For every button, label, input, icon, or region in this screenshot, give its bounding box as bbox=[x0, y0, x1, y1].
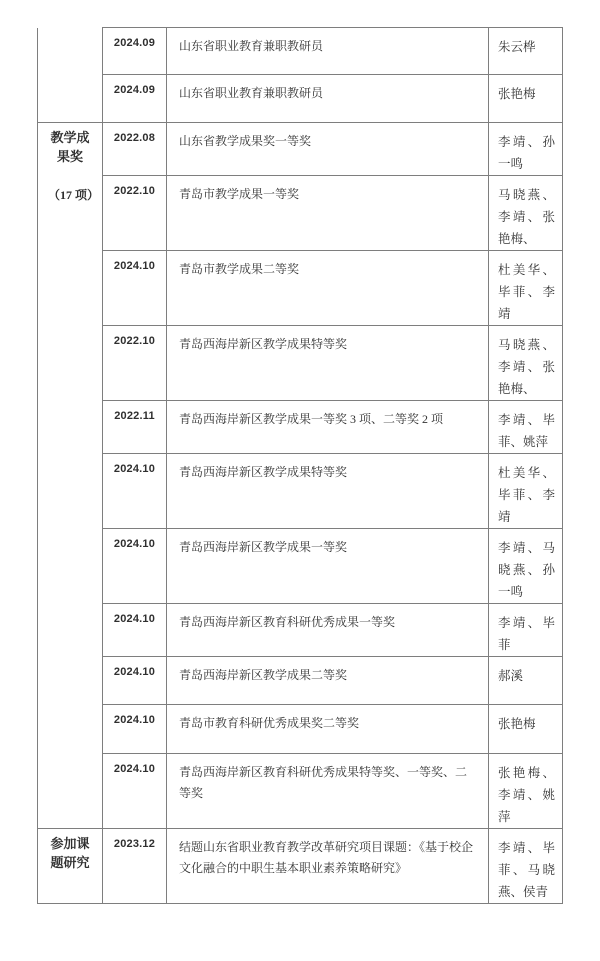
names-cell: 杜美华、毕菲、李靖 bbox=[489, 454, 563, 529]
table-row: 2024.10青岛市教育科研优秀成果奖二等奖张艳梅 bbox=[38, 705, 563, 754]
date-cell: 2024.10 bbox=[103, 657, 167, 705]
names-cell: 李靖、马晓燕、孙一鸣 bbox=[489, 529, 563, 604]
names-cell: 张艳梅 bbox=[489, 705, 563, 754]
description-cell: 青岛西海岸新区教学成果特等奖 bbox=[167, 326, 489, 401]
table-row: 2024.10青岛西海岸新区教学成果特等奖杜美华、毕菲、李靖 bbox=[38, 454, 563, 529]
description-cell: 青岛西海岸新区教学成果二等奖 bbox=[167, 657, 489, 705]
table-row: 2024.10青岛西海岸新区教育科研优秀成果特等奖、一等奖、二等奖张艳梅、李靖、… bbox=[38, 754, 563, 829]
date-cell: 2024.09 bbox=[103, 75, 167, 123]
description-cell: 山东省教学成果奖一等奖 bbox=[167, 123, 489, 176]
category-note: （17 项） bbox=[48, 186, 92, 205]
names-cell: 朱云桦 bbox=[489, 28, 563, 75]
table-row: 教学成果奖（17 项）2022.08山东省教学成果奖一等奖李靖、孙一鸣 bbox=[38, 123, 563, 176]
description-cell: 青岛市教育科研优秀成果奖二等奖 bbox=[167, 705, 489, 754]
category-cell: 参加课题研究 bbox=[38, 829, 103, 904]
date-cell: 2022.11 bbox=[103, 401, 167, 454]
category-cell: 教学成果奖（17 项） bbox=[38, 123, 103, 829]
category-label: 参加课题研究 bbox=[48, 834, 92, 872]
date-cell: 2024.09 bbox=[103, 28, 167, 75]
table-row: 2022.10青岛市教学成果一等奖马晓燕、李靖、张艳梅、 bbox=[38, 176, 563, 251]
table-row: 2022.11青岛西海岸新区教学成果一等奖 3 项、二等奖 2 项李靖、毕菲、姚… bbox=[38, 401, 563, 454]
date-cell: 2024.10 bbox=[103, 754, 167, 829]
names-cell: 张艳梅、李靖、姚萍 bbox=[489, 754, 563, 829]
awards-table-body: 2024.09山东省职业教育兼职教研员朱云桦2024.09山东省职业教育兼职教研… bbox=[38, 28, 563, 904]
date-cell: 2022.08 bbox=[103, 123, 167, 176]
awards-table: 2024.09山东省职业教育兼职教研员朱云桦2024.09山东省职业教育兼职教研… bbox=[37, 27, 563, 904]
description-cell: 青岛市教学成果二等奖 bbox=[167, 251, 489, 326]
names-cell: 张艳梅 bbox=[489, 75, 563, 123]
table-row: 2024.10青岛西海岸新区教学成果二等奖郝溪 bbox=[38, 657, 563, 705]
names-cell: 李靖、毕菲、马晓燕、侯青 bbox=[489, 829, 563, 904]
document-page: 2024.09山东省职业教育兼职教研员朱云桦2024.09山东省职业教育兼职教研… bbox=[0, 0, 600, 961]
names-cell: 郝溪 bbox=[489, 657, 563, 705]
date-cell: 2024.10 bbox=[103, 251, 167, 326]
table-row: 2024.10青岛西海岸新区教育科研优秀成果一等奖李靖、毕菲 bbox=[38, 604, 563, 657]
description-cell: 青岛西海岸新区教学成果特等奖 bbox=[167, 454, 489, 529]
date-cell: 2022.10 bbox=[103, 326, 167, 401]
description-cell: 青岛西海岸新区教育科研优秀成果一等奖 bbox=[167, 604, 489, 657]
date-cell: 2022.10 bbox=[103, 176, 167, 251]
description-cell: 青岛西海岸新区教育科研优秀成果特等奖、一等奖、二等奖 bbox=[167, 754, 489, 829]
table-row: 2024.09山东省职业教育兼职教研员张艳梅 bbox=[38, 75, 563, 123]
date-cell: 2024.10 bbox=[103, 529, 167, 604]
table-row: 参加课题研究2023.12结题山东省职业教育教学改革研究项目课题：《基于校企文化… bbox=[38, 829, 563, 904]
description-cell: 青岛市教学成果一等奖 bbox=[167, 176, 489, 251]
date-cell: 2023.12 bbox=[103, 829, 167, 904]
date-cell: 2024.10 bbox=[103, 454, 167, 529]
date-cell: 2024.10 bbox=[103, 604, 167, 657]
table-row: 2022.10青岛西海岸新区教学成果特等奖马晓燕、李靖、张艳梅、 bbox=[38, 326, 563, 401]
description-cell: 山东省职业教育兼职教研员 bbox=[167, 75, 489, 123]
category-label: 教学成果奖 bbox=[48, 128, 92, 166]
description-cell: 青岛西海岸新区教学成果一等奖 3 项、二等奖 2 项 bbox=[167, 401, 489, 454]
description-cell: 结题山东省职业教育教学改革研究项目课题：《基于校企文化融合的中职生基本职业素养策… bbox=[167, 829, 489, 904]
names-cell: 马晓燕、李靖、张艳梅、 bbox=[489, 326, 563, 401]
names-cell: 李靖、孙一鸣 bbox=[489, 123, 563, 176]
table-row: 2024.10青岛西海岸新区教学成果一等奖李靖、马晓燕、孙一鸣 bbox=[38, 529, 563, 604]
table-row: 2024.10青岛市教学成果二等奖杜美华、毕菲、李靖 bbox=[38, 251, 563, 326]
names-cell: 李靖、毕菲 bbox=[489, 604, 563, 657]
names-cell: 李靖、毕菲、姚萍 bbox=[489, 401, 563, 454]
description-cell: 青岛西海岸新区教学成果一等奖 bbox=[167, 529, 489, 604]
table-row: 2024.09山东省职业教育兼职教研员朱云桦 bbox=[38, 28, 563, 75]
date-cell: 2024.10 bbox=[103, 705, 167, 754]
category-cell bbox=[38, 28, 103, 123]
names-cell: 杜美华、毕菲、李靖 bbox=[489, 251, 563, 326]
names-cell: 马晓燕、李靖、张艳梅、 bbox=[489, 176, 563, 251]
description-cell: 山东省职业教育兼职教研员 bbox=[167, 28, 489, 75]
